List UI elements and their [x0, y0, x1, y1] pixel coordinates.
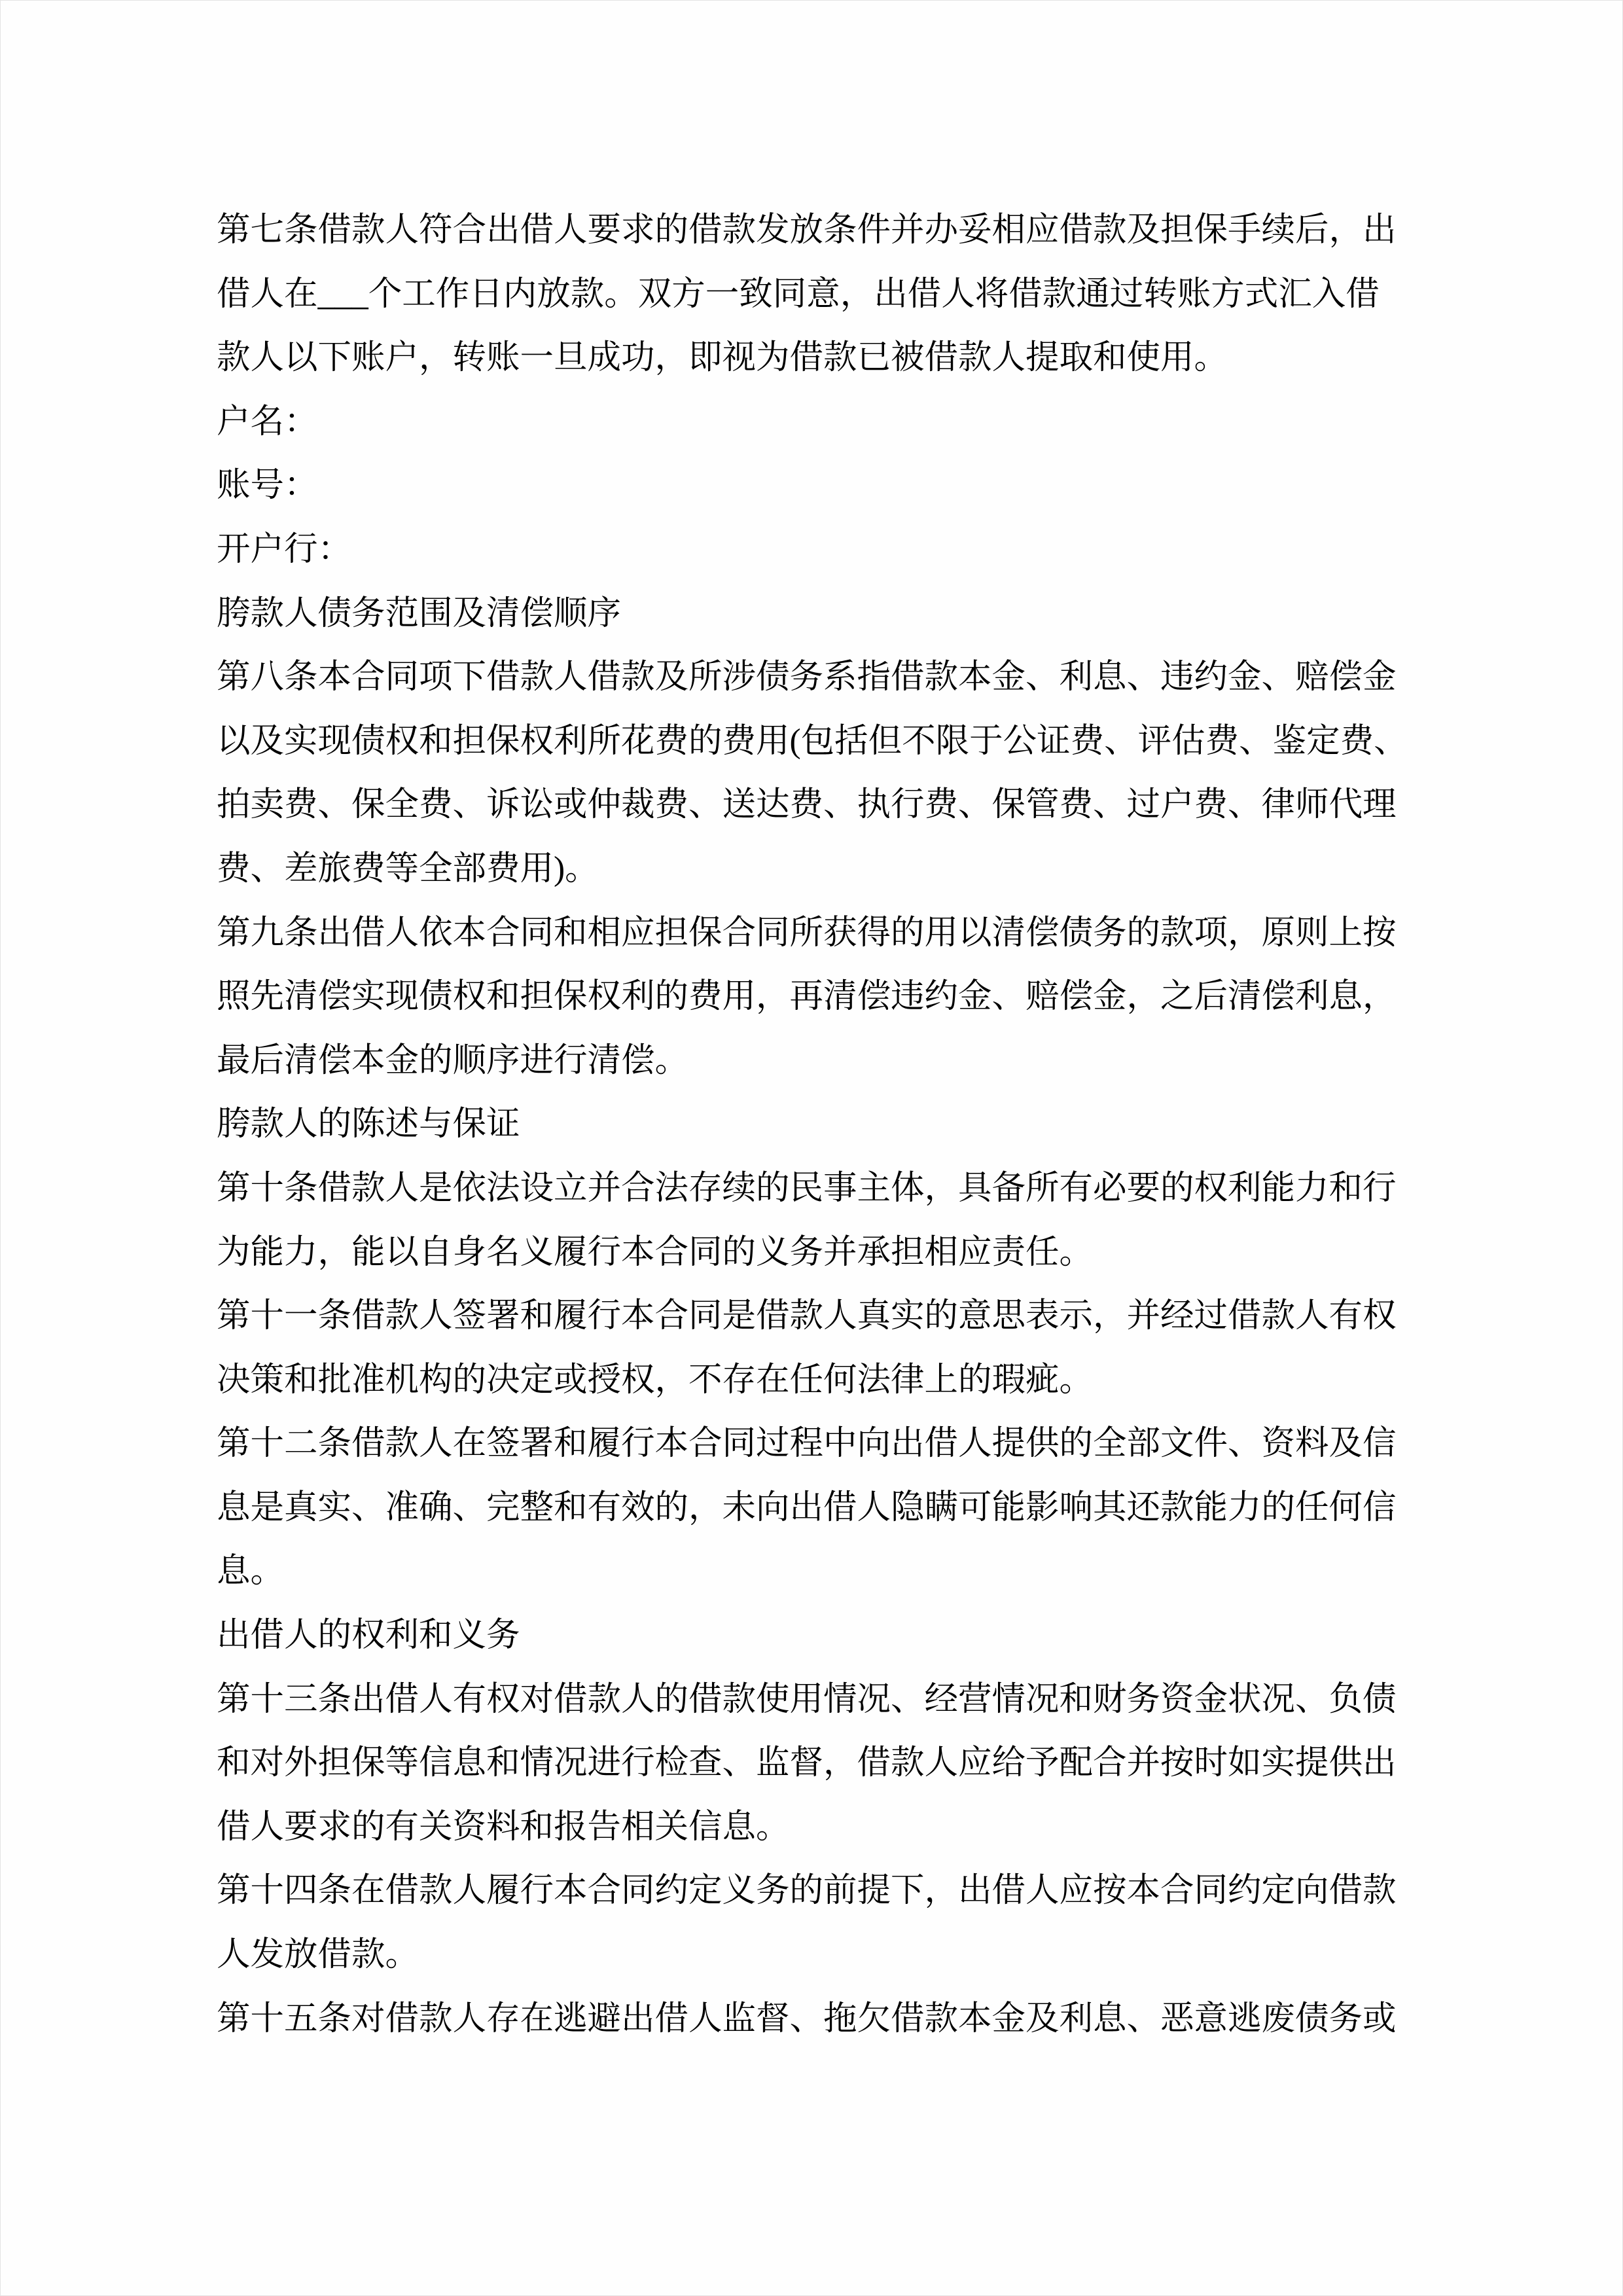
text-line: 人发放借款。 [217, 1923, 1404, 1987]
text-line: 借人在___个工作日内放款。双方一致同意，出借人将借款通过转账方式汇入借 [217, 262, 1404, 327]
text-line: 第十二条借款人在签署和履行本合同过程中向出借人提供的全部文件、资料及信 [217, 1412, 1404, 1476]
text-line: 最后清偿本金的顺序进行清偿。 [217, 1029, 1404, 1093]
text-line: 为能力，能以自身名义履行本合同的义务并承担相应责任。 [217, 1221, 1404, 1285]
text-line-account-number: 账号： [217, 454, 1404, 518]
text-line-account-name: 户名： [217, 390, 1404, 454]
section-heading-lender-rights: 出借人的权利和义务 [217, 1604, 1404, 1668]
text-line: 以及实现债权和担保权利所花费的费用(包括但不限于公证费、评估费、鉴定费、 [217, 709, 1404, 774]
text-line: 借人要求的有关资料和报告相关信息。 [217, 1795, 1404, 1859]
text-line: 费、差旅费等全部费用)。 [217, 837, 1404, 901]
contract-text-block: 第七条借款人符合出借人要求的借款发放条件并办妥相应借款及担保手续后，出 借人在_… [217, 198, 1404, 2051]
text-line: 第十三条出借人有权对借款人的借款使用情况、经营情况和财务资金状况、负债 [217, 1668, 1404, 1732]
text-line: 第十五条对借款人存在逃避出借人监督、拖欠借款本金及利息、恶意逃废债务或 [217, 1987, 1404, 2051]
text-line: 决策和批准机构的决定或授权，不存在任何法律上的瑕疵。 [217, 1348, 1404, 1412]
text-line: 照先清偿实现债权和担保权利的费用，再清偿违约金、赔偿金，之后清偿利息， [217, 965, 1404, 1029]
document-page: 第七条借款人符合出借人要求的借款发放条件并办妥相应借款及担保手续后，出 借人在_… [0, 0, 1623, 2296]
section-heading-debt-scope: 胯款人债务范围及清偿顺序 [217, 582, 1404, 646]
text-line: 第九条出借人依本合同和相应担保合同所获得的用以清偿债务的款项，原则上按 [217, 901, 1404, 965]
text-line: 第八条本合同项下借款人借款及所涉债务系指借款本金、利息、违约金、赔偿金 [217, 645, 1404, 709]
text-line: 息。 [217, 1539, 1404, 1604]
section-heading-borrower-representations: 胯款人的陈述与保证 [217, 1092, 1404, 1157]
text-line: 第十一条借款人签署和履行本合同是借款人真实的意思表示，并经过借款人有权 [217, 1284, 1404, 1348]
text-line: 第十四条在借款人履行本合同约定义务的前提下，出借人应按本合同约定向借款 [217, 1859, 1404, 1923]
text-line: 第十条借款人是依法设立并合法存续的民事主体，具备所有必要的权利能力和行 [217, 1157, 1404, 1221]
text-line: 息是真实、准确、完整和有效的，未向出借人隐瞒可能影响其还款能力的任何信 [217, 1476, 1404, 1540]
text-line-bank-branch: 开户行： [217, 518, 1404, 582]
text-line: 款人以下账户，转账一旦成功，即视为借款已被借款人提取和使用。 [217, 326, 1404, 390]
text-line: 拍卖费、保全费、诉讼或仲裁费、送达费、执行费、保管费、过户费、律师代理 [217, 773, 1404, 837]
text-line: 和对外担保等信息和情况进行检查、监督，借款人应给予配合并按时如实提供出 [217, 1731, 1404, 1795]
text-line: 第七条借款人符合出借人要求的借款发放条件并办妥相应借款及担保手续后，出 [217, 198, 1404, 262]
